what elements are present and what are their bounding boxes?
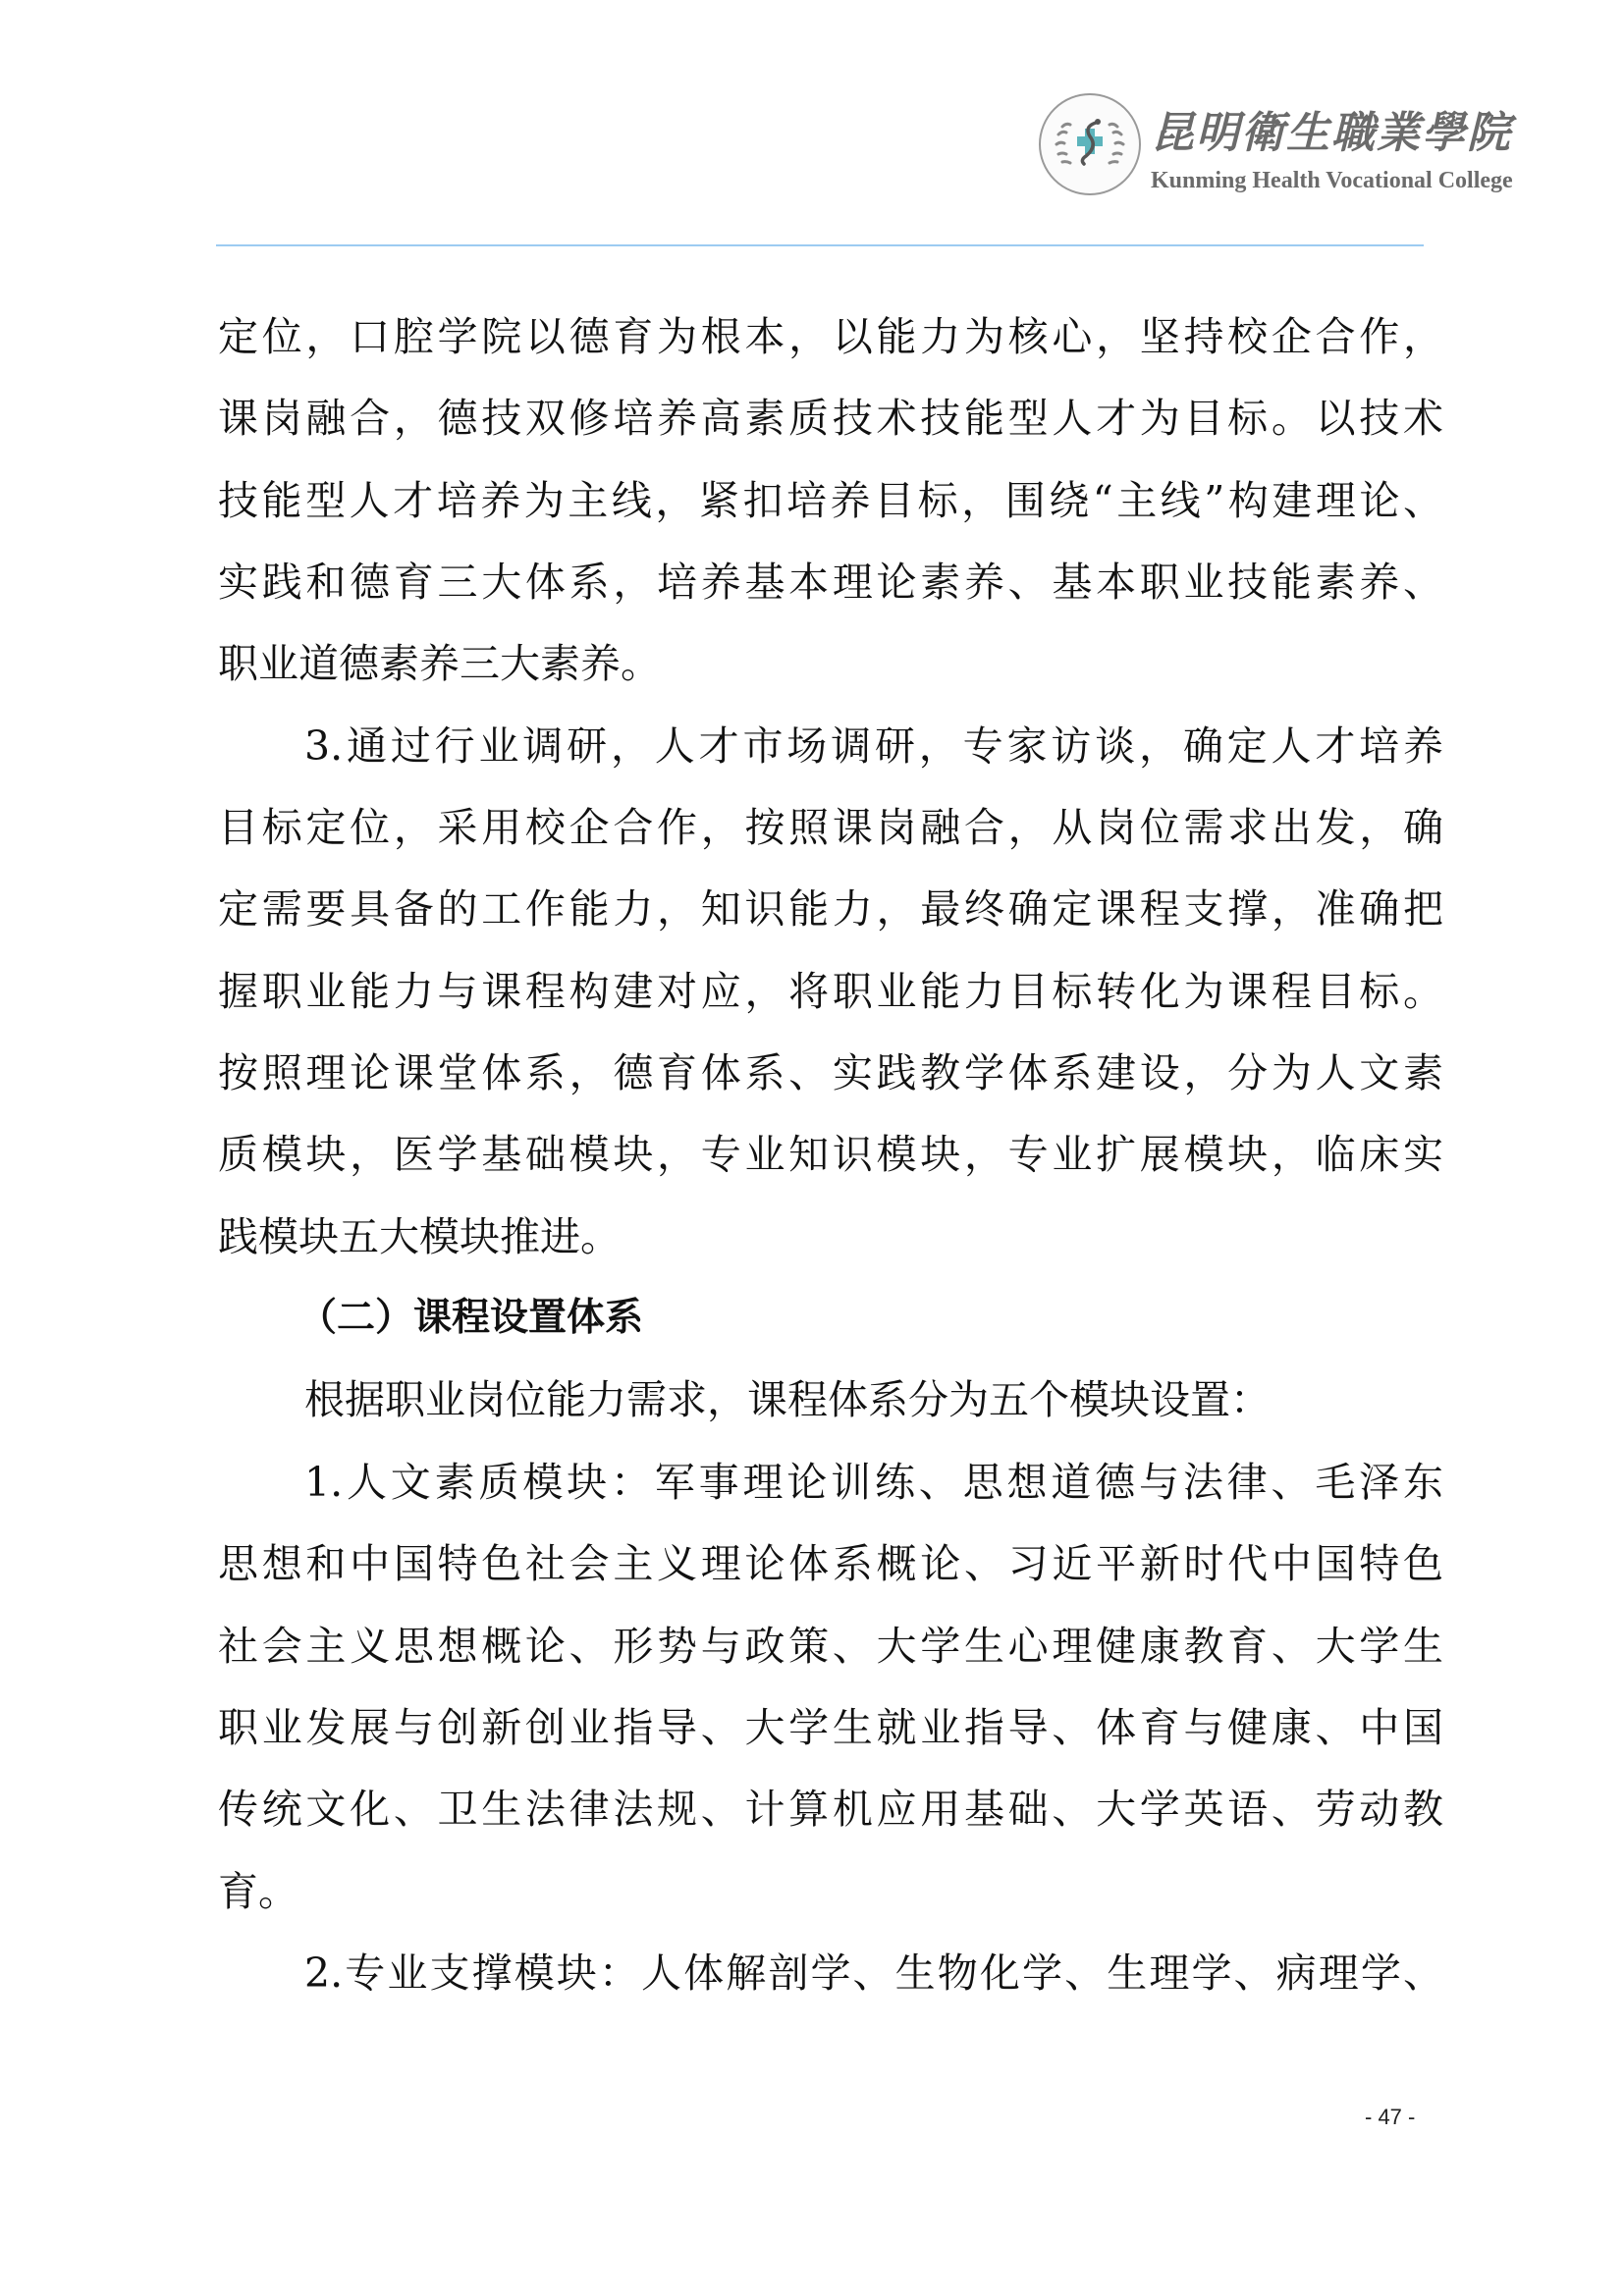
text-line: 定位，口腔学院以德育为根本，以能力为核心，坚持校企合作， [218,304,1443,386]
document-page: 昆明衛生職業學院 Kunming Health Vocational Colle… [0,0,1624,2296]
text-line: 3.通过行业调研，人才市场调研，专家访谈，确定人才培养 [218,714,1443,795]
page-number: - 47 - [1365,2105,1415,2130]
text-line: 职业发展与创新创业指导、大学生就业指导、体育与健康、中国 [218,1695,1443,1777]
text-line: 定需要具备的工作能力，知识能力，最终确定课程支撑，准确把 [218,877,1443,958]
text-line: 根据职业岗位能力需求，课程体系分为五个模块设置： [218,1367,1443,1449]
text-line: 按照理论课堂体系，德育体系、实践教学体系建设，分为人文素 [218,1041,1443,1122]
college-name-english: Kunming Health Vocational College [1151,167,1513,194]
text-line: 职业道德素养三大素养。 [218,631,1443,713]
header-divider [216,244,1424,246]
text-line: 目标定位，采用校企合作，按照课岗融合，从岗位需求出发，确 [218,795,1443,877]
laurel-wreath-icon [1041,95,1139,193]
text-line: 2.专业支撑模块：人体解剖学、生物化学、生理学、病理学、 [218,1941,1443,2022]
college-name-chinese: 昆明衛生職業學院 [1151,106,1504,161]
text-line: 握职业能力与课程构建对应，将职业能力目标转化为课程目标。 [218,959,1443,1041]
text-line: 质模块，医学基础模块，专业知识模块，专业扩展模块，临床实 [218,1122,1443,1203]
text-line: 实践和德育三大体系，培养基本理论素养、基本职业技能素养、 [218,550,1443,631]
text-line: 1.人文素质模块：军事理论训练、思想道德与法律、毛泽东 [218,1450,1443,1531]
college-seal-icon [1039,93,1141,195]
document-body: 定位，口腔学院以德育为根本，以能力为核心，坚持校企合作， 课岗融合，德技双修培养… [218,304,1443,2022]
text-line: 课岗融合，德技双修培养高素质技术技能型人才为目标。以技术 [218,386,1443,467]
text-line: 传统文化、卫生法律法规、计算机应用基础、大学英语、劳动教 [218,1777,1443,1858]
text-line: 技能型人才培养为主线，紧扣培养目标，围绕“主线”构建理论、 [218,468,1443,550]
section-heading: （二）课程设置体系 [218,1286,1443,1367]
text-line: 育。 [218,1859,1443,1941]
text-line: 社会主义思想概论、形势与政策、大学生心理健康教育、大学生 [218,1614,1443,1695]
text-line: 践模块五大模块推进。 [218,1204,1443,1286]
text-line: 思想和中国特色社会主义理论体系概论、习近平新时代中国特色 [218,1531,1443,1613]
